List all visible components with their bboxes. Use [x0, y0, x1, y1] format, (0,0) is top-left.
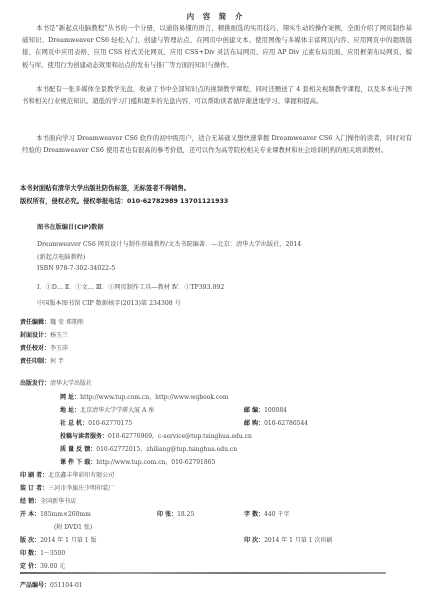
cip-record-line: 中国版本图书馆 CIP 数据核字(2013)第 234308 号 [37, 298, 181, 307]
intro-text-2: 本书配有一张多媒体全景教学光盘，收录了书中全部知识点的视频教学课程，同时还赠送了… [22, 85, 412, 105]
intro-paragraph-2: 本书配有一张多媒体全景教学光盘，收录了书中全部知识点的视频教学课程，同时还赠送了… [22, 83, 412, 107]
publisher-courseware-download: 课 件 下 载：http://www.tup.com.cn，010-627918… [60, 457, 215, 466]
anti-counterfeit-notice: 本书封面贴有清华大学出版社防伪标签，无标签者不得销售。 [20, 183, 190, 192]
word-count-line: 字 数：440 千字 [244, 509, 289, 518]
distributor-line: 经 销：全国新华书店 [20, 496, 76, 505]
intro-paragraph-3: 本书面向学习 Dreamweaver CS6 软件的初中级用户，适合无基础又想快… [22, 132, 412, 156]
cip-classification-line: Ⅰ．①D… Ⅱ．①文… Ⅲ．①网页制作工具—教材 Ⅳ．①TP393.092 [37, 282, 224, 291]
cip-isbn-line: ISBN 978-7-302-34022-5 [37, 265, 115, 272]
cip-heading: 图书在版编目(CIP)数据 [37, 222, 104, 231]
copies-line: 印 数：1～3500 [20, 548, 65, 557]
publisher-quality-feedback: 质 量 反 馈：010-62772015，zhiliang@tup.tsingh… [60, 444, 237, 453]
cip-series-line: (新起点电脑教程) [37, 252, 85, 261]
format-line: 开 本：185mm×260mm [20, 509, 91, 518]
binder-line: 装 订 者：三河市李旗庄少明印装厂 [20, 483, 114, 492]
impression-line: 印 次：2014 年 1 月第 1 次印刷 [244, 535, 333, 544]
staff-printing-supervisor: 责任印制：何 芊 [20, 356, 64, 365]
page-title: 内 容 简 介 [0, 11, 432, 22]
publisher-mail-order: 邮 购：010-62786544 [244, 418, 308, 427]
intro-paragraph-1: 本书是“新起点电脑教程”丛书的一个分册，以通俗易懂的语言、精挑细选的实用技巧、翔… [22, 22, 412, 71]
publisher-website: 网 址：http://www.tup.com.cn，http://www.wqb… [60, 392, 229, 401]
dvd-note: (附 DVD1 张) [54, 522, 92, 531]
product-code-line: 产品编号：051104-01 [20, 580, 83, 589]
horizontal-rule [20, 572, 386, 574]
printer-line: 印 刷 者：北京鑫丰华彩印有限公司 [20, 470, 114, 479]
copyright-notice: 版权所有，侵权必究。侵权举报电话：010-62782989 1370112193… [20, 196, 228, 205]
publisher-address: 地 址：北京清华大学学研大厦 A 座 [60, 405, 154, 414]
publisher-postcode: 邮 编：100084 [244, 405, 287, 414]
edition-line: 版 次：2014 年 1 月第 1 版 [20, 535, 97, 544]
publisher-line: 出版发行：清华大学出版社 [20, 378, 92, 387]
intro-text-3: 本书面向学习 Dreamweaver CS6 软件的初中级用户，适合无基础又想快… [22, 134, 412, 154]
staff-editor: 责任编辑：魏 莹 郑期彤 [20, 317, 84, 326]
staff-proofreader: 责任校对：李玉萍 [20, 343, 68, 352]
price-line: 定 价：39.00 元 [20, 561, 65, 570]
publisher-switchboard: 社 总 机：010-62770175 [60, 418, 132, 427]
staff-cover-design: 封面设计：杨玉兰 [20, 330, 68, 339]
intro-text-1: 本书是“新起点电脑教程”丛书的一个分册，以通俗易懂的语言、精挑细选的实用技巧、翔… [22, 24, 412, 69]
sheets-line: 印 张：18.25 [157, 509, 194, 518]
cip-title-line: Dreamweaver CS6 网页设计与制作基础教程/文杰书院编著．—北京：清… [37, 239, 301, 248]
publisher-reader-service: 投稿与读者服务：010-62776969，c-service@tup.tsing… [60, 431, 252, 440]
